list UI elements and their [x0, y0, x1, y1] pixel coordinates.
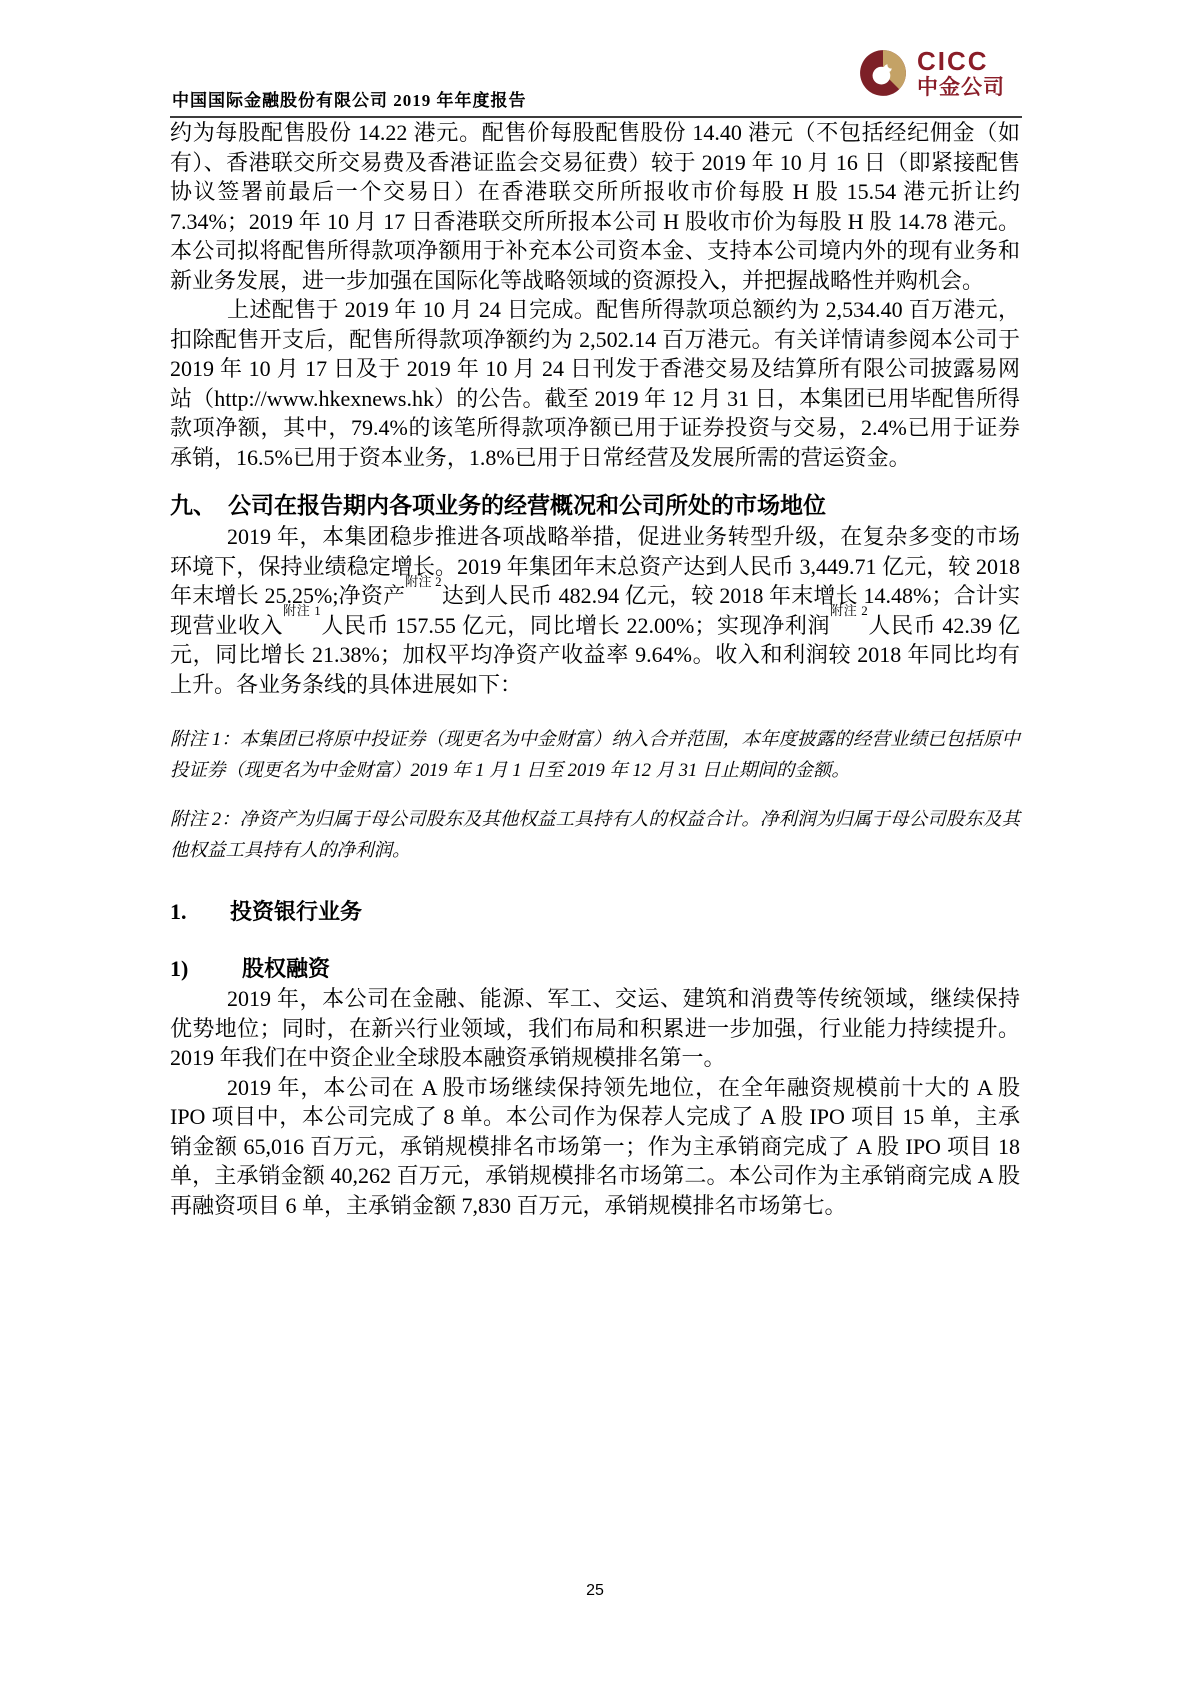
footnote-1: 附注 1：本集团已将原中投证券（现更名为中金财富）纳入合并范围，本年度披露的经营… [170, 725, 1020, 787]
paragraph-placing-completion: 上述配售于 2019 年 10 月 24 日完成。配售所得款项总额约为 2,53… [170, 295, 1020, 472]
cicc-logo-text-cn: 中金公司 [917, 77, 1005, 98]
section-heading-9-label: 九、 [170, 490, 228, 522]
paragraph-business-overview: 2019 年，本集团稳步推进各项战略举措，促进业务转型升级，在复杂多变的市场环境… [170, 522, 1020, 699]
footnote-2: 附注 2：净资产为归属于母公司股东及其他权益工具持有人的权益合计。净利润为归属于… [170, 805, 1020, 867]
footnote-ref-2: 附注 2 [405, 574, 441, 589]
section-heading-9: 九、公司在报告期内各项业务的经营概况和公司所处的市场地位 [170, 490, 1020, 522]
subsection-heading-1-label: 1) [170, 954, 242, 984]
section-heading-9-title: 公司在报告期内各项业务的经营概况和公司所处的市场地位 [228, 493, 826, 518]
page-number: 25 [0, 1582, 1190, 1600]
section-heading-1-title: 投资银行业务 [230, 899, 362, 924]
report-header-title: 中国国际金融股份有限公司 2019 年年度报告 [172, 86, 527, 111]
footnote-ref-2: 附注 2 [830, 603, 868, 618]
subsection-heading-1-title: 股权融资 [242, 956, 330, 981]
cicc-logo-mark-icon [858, 48, 908, 98]
cicc-logo: CICC 中金公司 [858, 48, 1005, 98]
section-heading-1-label: 1. [170, 897, 230, 927]
report-page: 中国国际金融股份有限公司 2019 年年度报告 CICC 中金公司 约为每股配售… [0, 0, 1190, 1684]
paragraph-placing-price: 约为每股配售股份 14.22 港元。配售价每股配售股份 14.40 港元（不包括… [170, 118, 1020, 295]
text-segment: 人民币 157.55 亿元，同比增长 22.00%；实现净利润 [321, 613, 830, 638]
footnote-ref-1: 附注 1 [283, 603, 321, 618]
cicc-logo-text-en: CICC [917, 48, 1005, 74]
page-content: 约为每股配售股份 14.22 港元。配售价每股配售股份 14.40 港元（不包括… [170, 118, 1020, 1220]
subsection-heading-1: 1)股权融资 [170, 954, 1020, 984]
paragraph-equity-financing-overview: 2019 年，本公司在金融、能源、军工、交运、建筑和消费等传统领域，继续保持优势… [170, 984, 1020, 1073]
section-heading-1: 1.投资银行业务 [170, 897, 1020, 927]
paragraph-a-share-ipo: 2019 年，本公司在 A 股市场继续保持领先地位，在全年融资规模前十大的 A … [170, 1073, 1020, 1221]
cicc-logo-wordmark: CICC 中金公司 [917, 48, 1005, 98]
